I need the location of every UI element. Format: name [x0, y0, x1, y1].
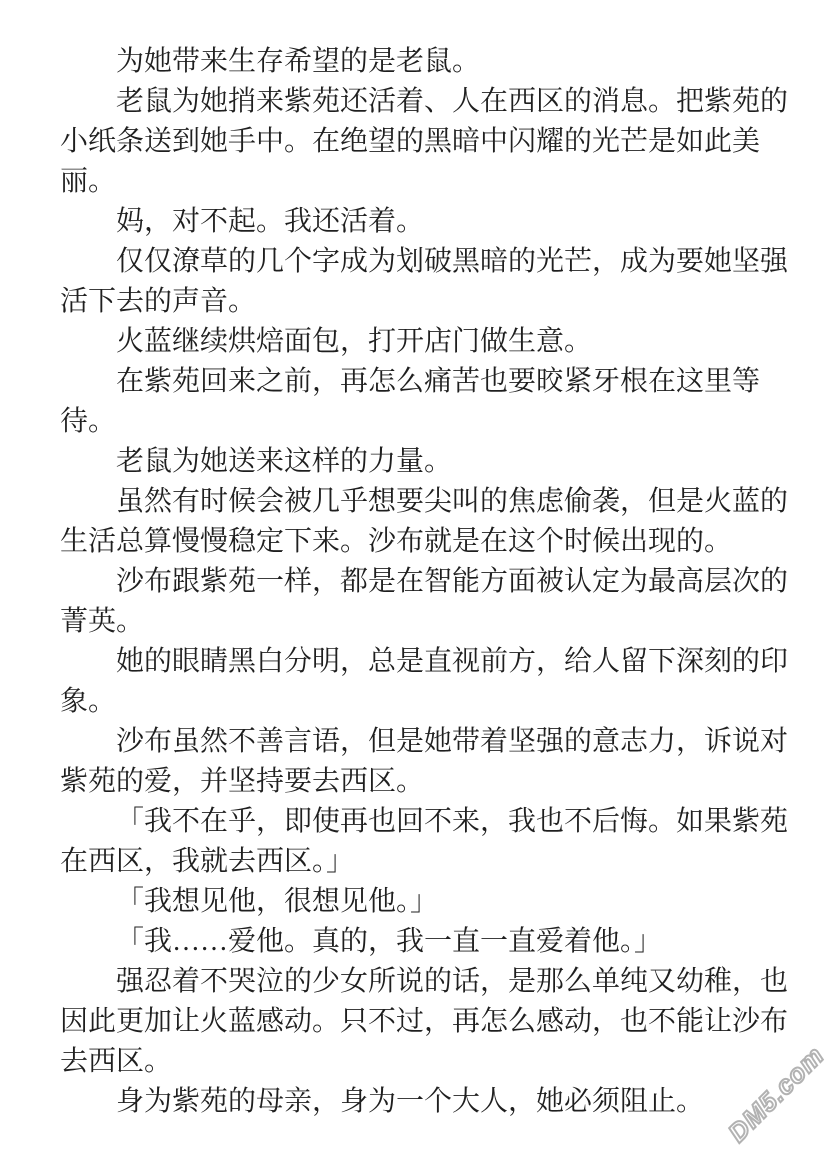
text-line: 去西区。: [60, 1042, 766, 1082]
text-line: 仅仅潦草的几个字成为划破黑暗的光芒，成为要她坚强: [60, 242, 766, 282]
text-line: 待。: [60, 402, 766, 442]
text-line: 「我想见他，很想见他。」: [60, 882, 766, 922]
novel-page-text: 为她带来生存希望的是老鼠。老鼠为她捎来紫苑还活着、人在西区的消息。把紫苑的小纸条…: [0, 0, 826, 1122]
text-line: 沙布虽然不善言语，但是她带着坚强的意志力，诉说对: [60, 722, 766, 762]
text-line: 菁英。: [60, 602, 766, 642]
text-line: 紫苑的爱，并坚持要去西区。: [60, 762, 766, 802]
text-line: 小纸条送到她手中。在绝望的黑暗中闪耀的光芒是如此美: [60, 122, 766, 162]
text-line: 强忍着不哭泣的少女所说的话，是那么单纯又幼稚，也: [60, 962, 766, 1002]
text-line: 沙布跟紫苑一样，都是在智能方面被认定为最高层次的: [60, 562, 766, 602]
text-line: 因此更加让火蓝感动。只不过，再怎么感动，也不能让沙布: [60, 1002, 766, 1042]
text-line: 她的眼睛黑白分明，总是直视前方，给人留下深刻的印: [60, 642, 766, 682]
text-line: 妈，对不起。我还活着。: [60, 202, 766, 242]
text-line: 老鼠为她捎来紫苑还活着、人在西区的消息。把紫苑的: [60, 82, 766, 122]
text-line: 身为紫苑的母亲，身为一个大人，她必须阻止。: [60, 1082, 766, 1122]
text-line: 生活总算慢慢稳定下来。沙布就是在这个时候出现的。: [60, 522, 766, 562]
text-line: 虽然有时候会被几乎想要尖叫的焦虑偷袭，但是火蓝的: [60, 482, 766, 522]
text-line: 在紫苑回来之前，再怎么痛苦也要晈紧牙根在这里等: [60, 362, 766, 402]
text-line: 为她带来生存希望的是老鼠。: [60, 42, 766, 82]
text-line: 老鼠为她送来这样的力量。: [60, 442, 766, 482]
text-line: 「我……爱他。真的，我一直一直爱着他。」: [60, 922, 766, 962]
text-line: 在西区，我就去西区。」: [60, 842, 766, 882]
text-line: 活下去的声音。: [60, 282, 766, 322]
text-line: 丽。: [60, 162, 766, 202]
text-line: 象。: [60, 682, 766, 722]
text-line: 火蓝继续烘焙面包，打开店门做生意。: [60, 322, 766, 362]
text-line: 「我不在乎，即使再也回不来，我也不后悔。如果紫苑: [60, 802, 766, 842]
